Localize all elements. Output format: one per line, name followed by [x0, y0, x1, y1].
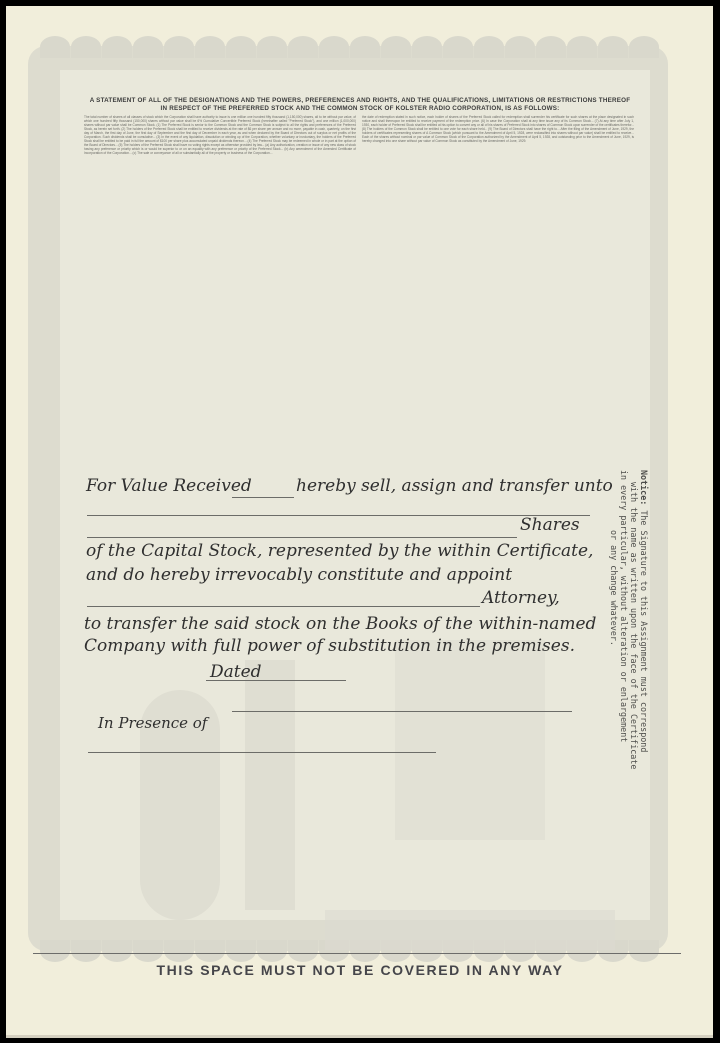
statement-title: A STATEMENT OF ALL OF THE DESIGNATIONS A…	[80, 97, 640, 113]
transfer-text: to transfer the said stock on the Books …	[84, 614, 596, 634]
statement-left-column: The total number of shares of all classe…	[84, 115, 356, 465]
for-value-received-blank[interactable]	[232, 497, 294, 498]
signature-notice: Notice: The Signature to this Assignment…	[599, 470, 649, 770]
statement-right-column: the date of redemption stated in such no…	[362, 115, 634, 465]
notice-line3: in every particular, without alteration …	[619, 470, 629, 770]
dated-line[interactable]	[206, 680, 346, 681]
paper-edge	[6, 1035, 713, 1038]
company-substitution-text: Company with full power of substitution …	[84, 636, 575, 656]
do-not-cover-warning: THIS SPACE MUST NOT BE COVERED IN ANY WA…	[0, 962, 720, 978]
witness-line-lower[interactable]	[88, 752, 436, 753]
for-value-received-label: For Value Received	[86, 476, 252, 496]
constitute-appoint-text: and do hereby irrevocably constitute and…	[86, 565, 512, 585]
attorney-label: Attorney,	[482, 588, 560, 608]
statement-title-line1: A STATEMENT OF ALL OF THE DESIGNATIONS A…	[80, 97, 640, 105]
assignee-name-line[interactable]	[87, 515, 590, 516]
dated-label: Dated	[210, 662, 262, 682]
showthrough-text-box	[325, 910, 615, 950]
shares-count-line[interactable]	[87, 537, 517, 538]
attorney-name-line[interactable]	[87, 606, 480, 607]
in-presence-of-label: In Presence of	[98, 714, 207, 732]
hereby-sell-label: hereby sell, assign and transfer unto	[296, 476, 613, 496]
bottom-rule	[33, 953, 681, 954]
witness-line-upper[interactable]	[232, 711, 572, 712]
notice-line4: or any change whatever.	[609, 470, 619, 770]
capital-stock-text: of the Capital Stock, represented by the…	[86, 541, 593, 561]
notice-line1: The Signature to this Assignment must co…	[639, 510, 649, 752]
shares-label: Shares	[520, 515, 580, 535]
statement-title-line2: IN RESPECT OF THE PREFERRED STOCK AND TH…	[80, 105, 640, 113]
notice-line2: with the name as written upon the face o…	[629, 470, 639, 770]
showthrough-column	[245, 660, 295, 910]
showthrough-seal-box	[395, 640, 545, 840]
scalloped-border-top	[40, 36, 660, 56]
notice-label: Notice:	[639, 470, 649, 505]
